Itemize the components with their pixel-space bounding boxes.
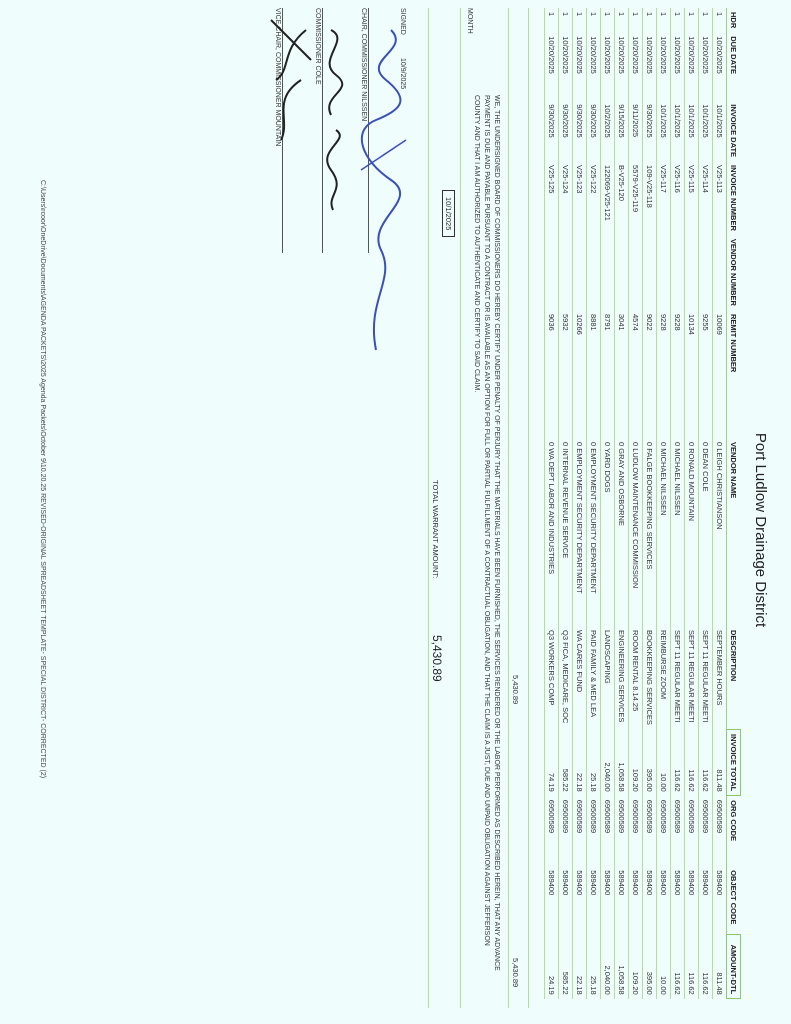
rule-line bbox=[508, 8, 509, 1008]
cell-hdr: 1 bbox=[559, 8, 573, 32]
cell-vendor-name: 0 MICHAEL NILSSEN bbox=[671, 438, 685, 626]
cell-object-code: 589400 bbox=[685, 866, 699, 935]
cell-invoice-date: 9/30/2025 bbox=[643, 100, 657, 161]
cell-invoice-number: 5579-V25-119 bbox=[629, 161, 643, 235]
cell-vendor-number bbox=[699, 235, 713, 310]
invoice-total-subtotal: 5,430.89 bbox=[511, 675, 520, 704]
cell-invoice-number: V25-123 bbox=[573, 161, 587, 235]
cell-amount-dtl: 116.62 bbox=[699, 935, 713, 999]
cell-amount-dtl: 25.18 bbox=[587, 935, 601, 999]
cell-amount-dtl: 10.00 bbox=[657, 935, 671, 999]
cell-amount-dtl: 22.18 bbox=[573, 935, 587, 999]
cell-org-code: 69500589 bbox=[587, 796, 601, 867]
cell-description: LANDSCAPING bbox=[601, 626, 615, 730]
document-title: Port Ludlow Drainage District bbox=[752, 380, 769, 680]
cell-due-date: 10/20/2025 bbox=[699, 32, 713, 100]
cell-invoice-date: 9/30/2025 bbox=[587, 100, 601, 161]
cell-object-code: 589400 bbox=[559, 866, 573, 935]
cell-vendor-name: 0 FALGE BOOKKEEPING SERVICES bbox=[643, 438, 657, 626]
cell-due-date: 10/20/2025 bbox=[671, 32, 685, 100]
cell-vendor-name: 0 LUDLOW MAINTENANCE COMMISSION bbox=[629, 438, 643, 626]
cell-hdr: 1 bbox=[643, 8, 657, 32]
cell-invoice-date: 9/11/2025 bbox=[629, 100, 643, 161]
cell-vendor-name: 0 WA DEPT LABOR AND INDUSTRIES bbox=[545, 438, 559, 626]
cell-hdr: 1 bbox=[587, 8, 601, 32]
cell-invoice-total: 395.00 bbox=[643, 729, 657, 795]
cell-remit-number: 9255 bbox=[699, 310, 713, 438]
cell-invoice-number: V25-114 bbox=[699, 161, 713, 235]
cell-org-code: 69500589 bbox=[713, 796, 727, 867]
cell-hdr: 1 bbox=[713, 8, 727, 32]
cell-description: SEPT 11 REGULAR MEETI bbox=[699, 626, 713, 730]
cell-amount-dtl: 811.48 bbox=[713, 935, 727, 999]
cell-description: SEPT 11 REGULAR MEETI bbox=[685, 626, 699, 730]
month-label: MONTH bbox=[466, 8, 473, 34]
cell-description: Q3 WORKERS COMP bbox=[545, 626, 559, 730]
table-row: 110/20/202510/1/2025V25-11492550 DEAN CO… bbox=[699, 8, 713, 999]
cell-vendor-name: 0 DEAN COLE bbox=[699, 438, 713, 626]
col-invoice-total: INVOICE TOTAL bbox=[727, 729, 741, 795]
cell-vendor-number bbox=[559, 235, 573, 310]
cell-invoice-total: 10.00 bbox=[657, 729, 671, 795]
cell-invoice-total: 585.22 bbox=[559, 729, 573, 795]
total-warrant-value: 5,430.89 bbox=[430, 635, 444, 682]
cell-invoice-number: V25-125 bbox=[545, 161, 559, 235]
table-row: 110/20/20259/30/2025V25-12459320 INTERNA… bbox=[559, 8, 573, 999]
cell-due-date: 10/20/2025 bbox=[713, 32, 727, 100]
cell-vendor-name: 0 LEIGH CHRISTIANSON bbox=[713, 438, 727, 626]
signature-mountain bbox=[261, 0, 321, 160]
cell-object-code: 589400 bbox=[643, 866, 657, 935]
cell-hdr: 1 bbox=[629, 8, 643, 32]
cell-due-date: 10/20/2025 bbox=[615, 32, 629, 100]
cell-due-date: 10/20/2025 bbox=[559, 32, 573, 100]
cell-due-date: 10/20/2025 bbox=[601, 32, 615, 100]
col-hdr: HDR bbox=[727, 8, 741, 32]
cell-invoice-date: 10/1/2025 bbox=[671, 100, 685, 161]
cell-object-code: 589400 bbox=[573, 866, 587, 935]
cell-hdr: 1 bbox=[699, 8, 713, 32]
cell-description: ROOM RENTAL 8.14.25 bbox=[629, 626, 643, 730]
cell-hdr: 1 bbox=[601, 8, 615, 32]
table-row: 110/20/202510/1/2025V25-115101340 RONALD… bbox=[685, 8, 699, 999]
cell-vendor-number bbox=[685, 235, 699, 310]
cell-invoice-date: 9/30/2025 bbox=[559, 100, 573, 161]
cell-invoice-number: V25-113 bbox=[713, 161, 727, 235]
table-row: 110/20/20259/30/2025109-V25-11890220 FAL… bbox=[643, 8, 657, 999]
cell-remit-number: 3041 bbox=[615, 310, 629, 438]
cell-object-code: 589400 bbox=[545, 866, 559, 935]
amount-dtl-subtotal: 5,430.89 bbox=[511, 958, 520, 987]
cell-amount-dtl: 395.00 bbox=[643, 935, 657, 999]
cell-remit-number: 9022 bbox=[643, 310, 657, 438]
cell-due-date: 10/20/2025 bbox=[643, 32, 657, 100]
cell-invoice-number: 122069-V25-121 bbox=[601, 161, 615, 235]
cell-object-code: 589400 bbox=[629, 866, 643, 935]
cell-description: Q3 FICA, MEDICARE, SOC bbox=[559, 626, 573, 730]
cell-org-code: 69500589 bbox=[559, 796, 573, 867]
cell-invoice-date: 9/30/2025 bbox=[573, 100, 587, 161]
cell-due-date: 10/20/2025 bbox=[685, 32, 699, 100]
col-due-date: DUE DATE bbox=[727, 32, 741, 100]
cell-org-code: 69500589 bbox=[629, 796, 643, 867]
cell-vendor-number bbox=[643, 235, 657, 310]
cell-org-code: 69500589 bbox=[601, 796, 615, 867]
cell-vendor-name: 0 GRAY AND OSBORNE bbox=[615, 438, 629, 626]
cell-object-code: 589400 bbox=[601, 866, 615, 935]
cell-vendor-number bbox=[713, 235, 727, 310]
cell-vendor-name: 0 INTERNAL REVENUE SERVICE bbox=[559, 438, 573, 626]
cell-description: ENGINEERING SERVICES bbox=[615, 626, 629, 730]
cell-object-code: 589400 bbox=[657, 866, 671, 935]
table-row: 110/20/202510/1/2025V25-11792280 MICHAEL… bbox=[657, 8, 671, 999]
cell-invoice-total: 2,040.00 bbox=[601, 729, 615, 795]
table-header-row: HDR DUE DATE INVOICE DATE INVOICE NUMBER… bbox=[727, 8, 741, 999]
cell-remit-number: 8881 bbox=[587, 310, 601, 438]
table-row: 110/20/20259/30/2025V25-123102660 EMPLOY… bbox=[573, 8, 587, 999]
cell-remit-number: 9228 bbox=[671, 310, 685, 438]
cell-vendor-number bbox=[615, 235, 629, 310]
col-object-code: OBJECT CODE bbox=[727, 866, 741, 935]
cell-invoice-total: 109.20 bbox=[629, 729, 643, 795]
cell-vendor-number bbox=[657, 235, 671, 310]
cell-object-code: 589400 bbox=[587, 866, 601, 935]
cell-hdr: 1 bbox=[685, 8, 699, 32]
cell-vendor-number bbox=[587, 235, 601, 310]
cell-invoice-number: V25-117 bbox=[657, 161, 671, 235]
file-path-footer: C:\Users\rcoor\OneDrive\Documents\AGENDA… bbox=[39, 180, 46, 778]
cell-invoice-number: V25-116 bbox=[671, 161, 685, 235]
cell-vendor-name: 0 RONALD MOUNTAIN bbox=[685, 438, 699, 626]
cell-amount-dtl: 116.62 bbox=[671, 935, 685, 999]
signature-nilssen bbox=[351, 20, 421, 380]
cell-org-code: 69500589 bbox=[573, 796, 587, 867]
table-row: 110/20/20259/11/20255579-V25-11945740 LU… bbox=[629, 8, 643, 999]
warrant-table: HDR DUE DATE INVOICE DATE INVOICE NUMBER… bbox=[544, 8, 741, 999]
cell-object-code: 589400 bbox=[671, 866, 685, 935]
cell-description: REIMBURSE ZOOM bbox=[657, 626, 671, 730]
col-invoice-number: INVOICE NUMBER bbox=[727, 161, 741, 235]
cell-invoice-date: 10/1/2025 bbox=[699, 100, 713, 161]
cell-amount-dtl: 24.19 bbox=[545, 935, 559, 999]
col-org-code: ORG CODE bbox=[727, 796, 741, 867]
cell-description: PAID FAMILY & MED LEA bbox=[587, 626, 601, 730]
cell-due-date: 10/20/2025 bbox=[587, 32, 601, 100]
cell-invoice-total: 74.19 bbox=[545, 729, 559, 795]
cell-object-code: 589400 bbox=[699, 866, 713, 935]
cell-vendor-number bbox=[671, 235, 685, 310]
cell-org-code: 69500589 bbox=[671, 796, 685, 867]
table-row: 110/20/20259/30/2025V25-12590360 WA DEPT… bbox=[545, 8, 559, 999]
cell-remit-number: 10266 bbox=[573, 310, 587, 438]
cell-remit-number: 9036 bbox=[545, 310, 559, 438]
cell-hdr: 1 bbox=[671, 8, 685, 32]
cell-invoice-total: 811.48 bbox=[713, 729, 727, 795]
col-invoice-date: INVOICE DATE bbox=[727, 100, 741, 161]
cell-object-code: 589400 bbox=[713, 866, 727, 935]
cell-hdr: 1 bbox=[573, 8, 587, 32]
cell-org-code: 69500589 bbox=[699, 796, 713, 867]
cell-invoice-total: 116.62 bbox=[685, 729, 699, 795]
cell-invoice-date: 10/1/2025 bbox=[685, 100, 699, 161]
cell-remit-number: 8791 bbox=[601, 310, 615, 438]
cell-description: WA CARES FUND bbox=[573, 626, 587, 730]
rule-line bbox=[528, 8, 529, 1008]
cell-vendor-number bbox=[601, 235, 615, 310]
cell-vendor-name: 0 MICHAEL NILSSEN bbox=[657, 438, 671, 626]
cell-amount-dtl: 1,058.58 bbox=[615, 935, 629, 999]
total-warrant-label: TOTAL WARRANT AMOUNT: bbox=[431, 480, 440, 578]
cell-description: SEPTEMBER HOURS bbox=[713, 626, 727, 730]
table-row: 110/20/20259/30/2025V25-12288810 EMPLOYM… bbox=[587, 8, 601, 999]
cell-amount-dtl: 116.62 bbox=[685, 935, 699, 999]
table-body: 110/20/202510/1/2025V25-113100690 LEIGH … bbox=[545, 8, 727, 999]
cell-remit-number: 10134 bbox=[685, 310, 699, 438]
cell-invoice-number: 109-V25-118 bbox=[643, 161, 657, 235]
cell-vendor-name: 0 EMPLOYMENT SECURITY DEPARTMENT bbox=[573, 438, 587, 626]
cell-invoice-total: 116.62 bbox=[699, 729, 713, 795]
table-row: 110/20/202510/1/2025V25-11692280 MICHAEL… bbox=[671, 8, 685, 999]
cell-due-date: 10/20/2025 bbox=[573, 32, 587, 100]
col-description: DESCRIPTION bbox=[727, 626, 741, 730]
cell-invoice-total: 25.18 bbox=[587, 729, 601, 795]
cell-invoice-date: 9/30/2025 bbox=[545, 100, 559, 161]
cell-remit-number: 10069 bbox=[713, 310, 727, 438]
cell-invoice-date: 10/1/2025 bbox=[657, 100, 671, 161]
cell-org-code: 69500589 bbox=[545, 796, 559, 867]
col-remit-number: REMIT NUMBER bbox=[727, 310, 741, 438]
cell-vendor-name: 0 EMPLOYMENT SECURITY DEPARTMENT bbox=[587, 438, 601, 626]
cell-invoice-number: V25-122 bbox=[587, 161, 601, 235]
col-vendor-number: VENDOR NUMBER bbox=[727, 235, 741, 310]
cell-vendor-number bbox=[545, 235, 559, 310]
cell-hdr: 1 bbox=[545, 8, 559, 32]
cell-remit-number: 5932 bbox=[559, 310, 573, 438]
table-row: 110/20/202510/2/2025122069-V25-12187910 … bbox=[601, 8, 615, 999]
cell-description: BOOKKEEPING SERVICES bbox=[643, 626, 657, 730]
cell-hdr: 1 bbox=[657, 8, 671, 32]
cell-org-code: 69500589 bbox=[657, 796, 671, 867]
cell-vendor-number bbox=[629, 235, 643, 310]
cell-hdr: 1 bbox=[615, 8, 629, 32]
cell-remit-number: 4574 bbox=[629, 310, 643, 438]
cell-vendor-name: 0 YARD DOGS bbox=[601, 438, 615, 626]
cell-invoice-date: 9/15/2025 bbox=[615, 100, 629, 161]
cell-due-date: 10/20/2025 bbox=[545, 32, 559, 100]
cell-invoice-date: 10/2/2025 bbox=[601, 100, 615, 161]
cell-invoice-number: V25-124 bbox=[559, 161, 573, 235]
cell-description: SEPT 11 REGULAR MEETI bbox=[671, 626, 685, 730]
col-vendor-name: VENDOR NAME bbox=[727, 438, 741, 626]
col-amount-dtl: AMOUNT-DTL bbox=[727, 935, 741, 999]
rule-line bbox=[428, 8, 429, 1008]
cell-invoice-number: V25-115 bbox=[685, 161, 699, 235]
cell-vendor-number bbox=[573, 235, 587, 310]
cell-due-date: 10/20/2025 bbox=[657, 32, 671, 100]
cell-org-code: 69500589 bbox=[615, 796, 629, 867]
rule-line bbox=[460, 8, 461, 1008]
cell-remit-number: 9228 bbox=[657, 310, 671, 438]
month-date-box: 10/1/2025 bbox=[442, 190, 455, 237]
cell-due-date: 10/20/2025 bbox=[629, 32, 643, 100]
cell-invoice-total: 22.18 bbox=[573, 729, 587, 795]
cell-amount-dtl: 585.22 bbox=[559, 935, 573, 999]
scanned-document-page: Port Ludlow Drainage District HDR DUE DA… bbox=[0, 0, 791, 1024]
table-row: 110/20/20259/15/2025B-V25-12030410 GRAY … bbox=[615, 8, 629, 999]
cell-org-code: 69500589 bbox=[685, 796, 699, 867]
cell-amount-dtl: 2,040.00 bbox=[601, 935, 615, 999]
cell-object-code: 589400 bbox=[615, 866, 629, 935]
table-row: 110/20/202510/1/2025V25-113100690 LEIGH … bbox=[713, 8, 727, 999]
cell-org-code: 69500589 bbox=[643, 796, 657, 867]
cell-amount-dtl: 109.20 bbox=[629, 935, 643, 999]
cell-invoice-date: 10/1/2025 bbox=[713, 100, 727, 161]
cell-invoice-number: B-V25-120 bbox=[615, 161, 629, 235]
cell-invoice-total: 1,058.58 bbox=[615, 729, 629, 795]
cell-invoice-total: 116.62 bbox=[671, 729, 685, 795]
certification-statement: We, the undersigned Board of Commissione… bbox=[471, 95, 501, 975]
